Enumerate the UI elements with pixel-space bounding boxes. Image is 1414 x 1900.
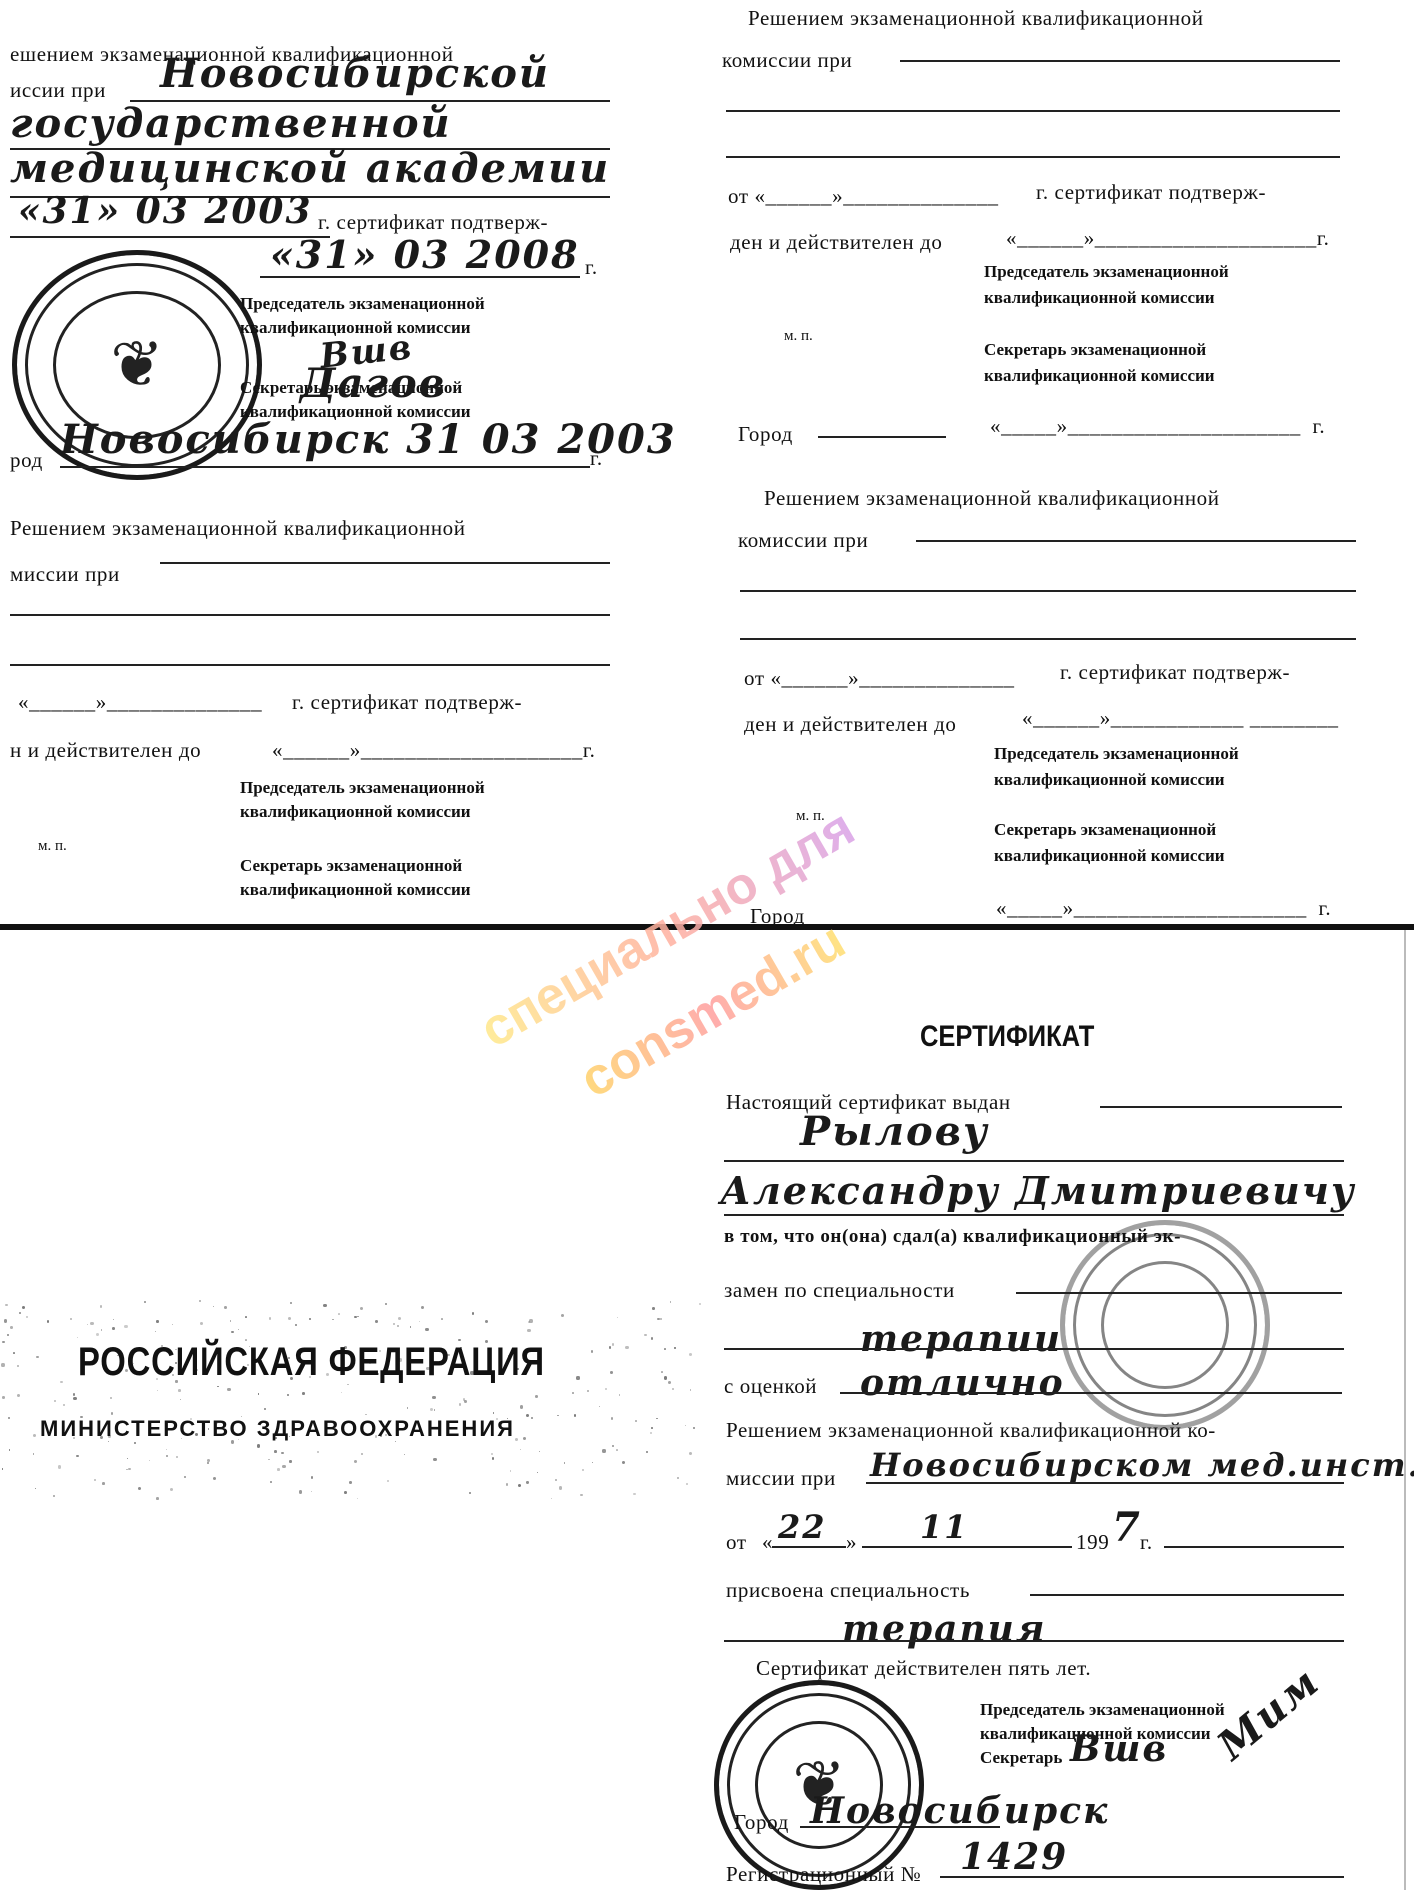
chairman-label-1: Председатель экзаменационной [980,1700,1225,1720]
scan-speck [288,1317,291,1320]
scan-speck [17,1365,19,1367]
scan-speck [238,1329,239,1330]
scan-speck [4,1319,7,1322]
scan-speck [616,1449,618,1451]
scan-speck [102,1482,105,1485]
scan-speck [213,1306,214,1307]
scan-speck [332,1319,334,1321]
scan-speck [668,1381,671,1384]
city-date-blank: «_____»_____________________ г. [990,414,1325,439]
scan-speck [689,1452,692,1455]
scan-speck [302,1392,305,1395]
scan-speck [230,1320,231,1321]
scan-speck [295,1324,297,1326]
scan-speck [526,1481,528,1483]
scan-speck [472,1312,475,1315]
secretary-signature: Дагов [300,360,447,407]
scan-speck [22,1306,25,1309]
grade-label: с оценкой [724,1374,817,1399]
scan-speck [126,1469,128,1471]
scan-speck [651,1427,653,1429]
scan-speck [360,1307,363,1310]
scan-speck [73,1397,76,1400]
scan-speck [528,1321,530,1323]
scan-speck [657,1318,660,1321]
scan-speck [537,1472,539,1474]
scan-speck [323,1304,326,1307]
exam-specialty: терапии [860,1318,1062,1360]
scan-speck [644,1334,646,1336]
scan-speck [231,1331,233,1333]
scan-speck [60,1381,63,1384]
confirmed-label: г. сертификат подтверж- [292,690,522,715]
scan-speck [2,1468,3,1469]
scan-speck [693,1427,695,1429]
scan-speck [469,1492,471,1494]
scan-speck [652,1307,655,1310]
scan-speck [268,1459,269,1460]
date-from-blank: от «______»______________ [728,184,999,209]
scan-speck [510,1470,511,1471]
chairman-label-1: Председатель экзаменационной [984,262,1229,282]
scan-speck [520,1405,523,1408]
scan-speck [127,1458,128,1459]
scan-speck [274,1450,277,1453]
chairman-label-2: квалификационной комиссии [240,802,471,822]
scan-speck [592,1462,593,1463]
scan-speck [77,1337,78,1338]
scan-speck [393,1323,395,1325]
scan-speck [633,1493,635,1495]
scan-speck [397,1325,399,1327]
scan-speck [309,1318,311,1320]
quote-close: » [846,1530,857,1555]
scan-speck [551,1498,552,1499]
scan-speck [612,1343,615,1346]
scan-speck [576,1376,579,1379]
scan-speck [572,1392,574,1394]
scan-speck [2,1396,5,1399]
scan-speck [157,1390,158,1391]
from-day: 22 [778,1508,827,1546]
scan-speck [199,1300,201,1302]
scan-speck [13,1352,15,1354]
scan-speck [407,1407,408,1408]
scan-speck [646,1451,648,1453]
scan-speck [599,1406,600,1407]
scan-speck [10,1326,13,1329]
validity-text: Сертификат действителен пять лет. [756,1656,1091,1681]
double-headed-eagle-icon: ❦ [110,328,164,402]
seal-place-label: м. п. [784,328,813,345]
scan-speck [270,1481,272,1483]
scan-speck [35,1488,36,1489]
scan-speck [26,1316,27,1317]
city-date-blank: «_____»_____________________ г. [996,896,1331,921]
scan-speck [354,1460,357,1463]
scan-speck [289,1460,291,1462]
scan-speck [434,1409,436,1411]
handwritten-institution-1: Новосибирской [160,50,550,97]
decision-label: Решением экзаменационной квалификационно… [726,1418,1216,1443]
scan-speck [282,1465,285,1468]
scan-speck [529,1319,532,1322]
valid-until-label: н и действителен до [10,738,201,763]
scan-speck [421,1306,424,1309]
scan-speck [664,1348,666,1350]
date-from-blank: от «______»______________ [744,666,1015,691]
scan-speck [387,1480,389,1482]
city-label: род [10,448,43,473]
registration-number: 1429 [960,1836,1068,1878]
scan-speck [311,1476,313,1478]
chairman-signature: Мим [1209,1658,1329,1769]
scan-speck [33,1453,35,1455]
scan-speck [661,1371,663,1373]
scan-speck [523,1437,526,1440]
scan-speck [2,1341,5,1344]
scan-speck [485,1320,488,1323]
scan-speck [269,1317,272,1320]
scan-speck [101,1329,102,1330]
valid-until-blank: «______»____________________г. [272,738,596,763]
scan-speck [398,1317,401,1320]
scan-speck [184,1476,186,1478]
secretary-label-2: квалификационной комиссии [240,880,471,900]
scan-speck [685,1425,686,1426]
secretary-signature: Вшв [1070,1728,1168,1770]
scan-speck [217,1386,218,1387]
scan-speck [518,1484,521,1487]
confirmed-label: г. сертификат подтверж- [1060,660,1290,685]
scan-speck [464,1400,467,1403]
city-label: Город [734,1810,789,1835]
scan-speck [53,1495,55,1497]
from-year-digit: 7 [1112,1504,1142,1551]
secretary-label: Секретарь [980,1748,1062,1768]
year-suffix: г. [590,446,603,471]
from-year-prefix: 199 [1076,1530,1109,1555]
scan-speck [73,1393,75,1395]
scan-speck [317,1451,318,1452]
scan-speck [87,1324,89,1326]
chairman-label-2: квалификационной комиссии [984,288,1215,308]
scan-speck [172,1324,173,1325]
scan-speck [430,1408,433,1411]
secretary-label-2: квалификационной комиссии [984,366,1215,386]
scan-speck [561,1314,564,1317]
scan-speck [138,1487,141,1490]
scan-speck [527,1329,530,1332]
scan-speck [354,1316,356,1318]
scan-speck [535,1395,538,1398]
scan-speck [257,1444,260,1447]
scan-speck [344,1491,347,1494]
scan-speck [619,1394,621,1396]
scan-speck [76,1455,79,1458]
scan-speck [520,1449,521,1450]
chairman-label-1: Председатель экзаменационной [240,294,485,314]
seal-place-label: м. п. [38,838,67,855]
scan-speck [587,1390,589,1392]
commission-label: миссии при [726,1466,836,1491]
year-suffix: г. [1140,1530,1153,1555]
commission-institution: Новосибирском мед.инст. [870,1446,1414,1484]
valid-until-blank: «______»____________ ________ [1022,706,1339,731]
scan-speck [651,1337,654,1340]
date-from-blank: «______»______________ [18,690,262,715]
certificate-title: СЕРТИФИКАТ [920,1020,1094,1054]
scan-speck [670,1301,672,1303]
scan-speck [33,1434,36,1437]
scan-speck [17,1394,20,1397]
scan-speck [156,1497,159,1500]
scan-speck [149,1460,150,1461]
page-edge [1404,930,1406,1890]
scan-speck [555,1479,556,1480]
scan-speck [564,1462,566,1464]
exam-label: замен по специальности [724,1278,955,1303]
scan-speck [112,1327,115,1330]
confirmed-label: г. сертификат подтверж- [1036,180,1266,205]
scan-speck [47,1320,49,1322]
decision-line: Решением экзаменационной квалификационно… [748,6,1204,31]
scan-speck [96,1333,99,1336]
chairman-label-1: Председатель экзаменационной [240,778,485,798]
scan-speck [660,1318,662,1320]
scan-speck [602,1449,605,1452]
scan-speck [677,1477,679,1479]
scan-speck [491,1453,493,1455]
scan-speck [264,1408,266,1410]
scan-speck [299,1490,302,1493]
scan-speck [63,1404,65,1406]
scan-speck [357,1498,359,1500]
scan-speck [610,1371,613,1374]
scan-speck [375,1320,378,1323]
cover-title: РОССИЙСКАЯ ФЕДЕРАЦИЯ [78,1340,545,1385]
scan-speck [557,1415,558,1416]
scan-speck [338,1313,340,1315]
scan-speck [672,1388,674,1390]
scan-speck [1,1363,4,1366]
scan-speck [19,1312,21,1314]
scan-speck [664,1376,667,1379]
from-month: 11 [920,1508,969,1546]
scan-speck [258,1393,259,1394]
scan-speck [611,1417,613,1419]
secretary-label-1: Секретарь экзаменационной [240,856,462,876]
secretary-label-1: Секретарь экзаменационной [984,340,1206,360]
commission-label: миссии при [10,562,120,587]
scan-speck [492,1457,494,1459]
city-label: Город [738,422,793,447]
scan-speck [689,1353,692,1356]
valid-until-label: ден и действителен до [730,230,942,255]
faint-stamp [1060,1220,1270,1430]
scan-speck [432,1396,435,1399]
scan-speck [166,1455,169,1458]
scan-speck [341,1392,342,1393]
quote-open: « [762,1530,773,1555]
commission-label: комиссии при [738,528,868,553]
scan-speck [580,1494,583,1497]
scan-speck [277,1468,280,1471]
scan-speck [224,1306,227,1309]
scan-speck [433,1458,436,1461]
scan-speck [290,1302,292,1304]
scan-speck [349,1481,352,1484]
scan-speck [674,1347,675,1348]
scan-speck [156,1320,158,1322]
scan-speck [582,1469,584,1471]
scan-speck [70,1318,73,1321]
handwritten-institution-3: медицинской академии [10,145,610,192]
valid-until-label: ден и действителен до [744,712,956,737]
scan-speck [227,1388,230,1391]
scan-speck [361,1453,363,1455]
scan-speck [111,1412,114,1415]
assigned-label: присвоена специальность [726,1578,970,1603]
scan-speck [404,1454,405,1455]
scan-speck [539,1451,540,1452]
scan-speck [207,1462,209,1464]
valid-until-hand: «31» 03 2008 [270,232,580,277]
institute-stamp: ❦ [714,1680,924,1890]
scan-speck [7,1334,9,1336]
scan-speck [622,1461,625,1464]
scan-speck [656,1418,658,1420]
scan-speck [245,1316,247,1318]
scan-speck [36,1356,38,1358]
chairman-label-2: квалификационной комиссии [994,770,1225,790]
scan-speck [425,1328,428,1331]
scan-speck [609,1346,612,1349]
scan-speck [281,1452,284,1455]
scan-speck [574,1414,576,1416]
scan-speck [617,1317,618,1318]
chairman-label-1: Председатель экзаменационной [994,744,1239,764]
scan-speck [690,1389,691,1390]
scan-speck [635,1420,637,1422]
scan-speck [213,1477,216,1480]
scan-speck [5,1304,8,1307]
scan-speck [686,1483,688,1485]
scan-speck [176,1456,178,1458]
scan-speck [459,1403,461,1405]
scan-speck [113,1319,114,1320]
secretary-label-2: квалификационной комиссии [994,846,1225,866]
scan-speck [506,1483,509,1486]
scan-speck [166,1449,168,1451]
scan-speck [287,1394,289,1396]
scan-speck [180,1399,181,1400]
scan-speck [515,1438,518,1441]
scan-speck [178,1389,181,1392]
scan-speck [155,1331,156,1332]
scan-speck [8,1417,10,1419]
commission-label: комиссии при [722,48,852,73]
grade-value: отлично [860,1362,1065,1404]
scan-speck [134,1442,136,1444]
scan-speck [110,1397,112,1399]
scan-speck [531,1417,533,1419]
scan-speck [144,1301,146,1303]
scan-speck [311,1491,312,1492]
scan-speck [200,1322,203,1325]
scan-speck [124,1325,127,1328]
scan-speck [357,1316,359,1318]
decision-line: Решением экзаменационной квалификационно… [764,486,1220,511]
scan-speck [605,1388,607,1390]
from-label: от [726,1530,747,1555]
scan-speck [94,1479,96,1481]
secretary-label-1: Секретарь экзаменационной [994,820,1216,840]
date-from-hand: «31» 03 2003 [18,190,313,232]
scan-speck [559,1486,562,1489]
cover-subtitle: МИНИСТЕРСТВО ЗДРАВООХРАНЕНИЯ [40,1416,515,1442]
scan-speck [410,1326,412,1328]
scan-speck [493,1412,495,1414]
registration-label: Регистрационный № [726,1862,921,1887]
scan-speck [419,1321,420,1322]
scan-speck [128,1468,130,1470]
scan-speck [54,1400,57,1403]
recipient-name: Александру Дмитриевичу [720,1168,1356,1213]
scan-speck [591,1350,593,1352]
scan-speck [441,1318,443,1320]
decision-line: Решением экзаменационной квалификационно… [10,516,466,541]
scan-speck [650,1432,652,1434]
recipient-surname: Рылову [800,1108,989,1155]
assigned-specialty: терапия [842,1608,1047,1650]
passed-label: в том, что он(она) сдал(а) квалификацион… [724,1226,1181,1248]
scan-speck [625,1346,628,1349]
scan-speck [9,1449,10,1450]
city-date-hand: Новосибирск 31 03 2003 [60,416,677,463]
handwritten-institution-2: государственной [10,100,452,147]
scan-speck [385,1303,387,1305]
scan-speck [170,1488,173,1491]
scan-speck [699,1303,701,1305]
year-suffix: г. [585,255,598,280]
valid-until-blank: «______»____________________г. [1006,226,1330,251]
scan-speck [100,1305,103,1308]
scan-speck [612,1445,614,1447]
scan-speck [58,1465,61,1468]
scan-speck [526,1414,529,1417]
scan-speck [90,1322,93,1325]
